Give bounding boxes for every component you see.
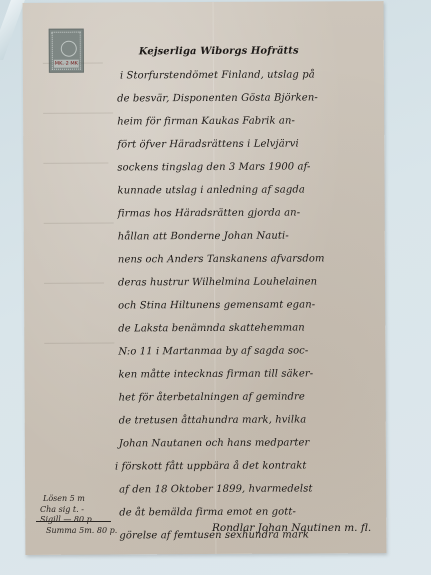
- body-line: de besvär, Disponenten Gösta Björken-: [117, 92, 318, 104]
- margin-note-fee: Lösen 5 m: [43, 494, 85, 503]
- body-line: ken måtte intecknas firman till säker-: [118, 368, 313, 380]
- body-line: och Stina Hiltunens gemensamt egan-: [118, 299, 315, 311]
- body-line: hållan att Bonderne Johan Nauti-: [118, 231, 289, 243]
- document-title: Kejserliga Wiborgs Hofrätts: [139, 46, 299, 58]
- body-line: af den 18 Oktober 1899, hvarmedelst: [119, 483, 313, 495]
- signature: Rondlar Johan Nautinen m. fl.: [212, 522, 371, 534]
- body-line: de tretusen åttahundra mark, hvilka: [119, 414, 307, 426]
- body-line: heim för firman Kaukas Fabrik an-: [117, 116, 295, 128]
- body-line: i Storfurstendömet Finland, utslag på: [120, 69, 315, 81]
- body-line: Johan Nautanen och hans medparter: [119, 437, 310, 449]
- body-line: de Laksta benämnda skattehemman: [118, 322, 305, 334]
- body-line: N:o 11 i Martanmaa by af sagda soc-: [118, 345, 308, 357]
- body-line: de åt bemälda firma emot en gott-: [119, 507, 296, 519]
- margin-note-total: Summa 5m. 80 p.: [46, 526, 117, 535]
- body-line: sockens tingslag den 3 Mars 1900 af-: [117, 161, 310, 173]
- body-line: fört öfver Häradsrättens i Lelvjärvi: [117, 139, 298, 151]
- margin-note-stamp: Cha sig t. -: [40, 505, 84, 514]
- body-line: firmas hos Häradsrätten gjorda an-: [118, 207, 301, 219]
- margin-note-seal: Sigill — 80 p.: [40, 515, 94, 524]
- body-line: nens och Anders Tanskanens afvarsdom: [118, 253, 325, 265]
- margin-sum-rule: [36, 521, 111, 522]
- body-line: deras hustrur Wilhelmina Louhelainen: [118, 276, 317, 288]
- body-line: kunnade utslag i anledning af sagda: [118, 184, 305, 196]
- revenue-stamp: MK. 2 MK: [49, 29, 84, 73]
- document-page: MK. 2 MK Kejserliga Wiborgs Hofrätts i S…: [23, 1, 387, 555]
- background-glare: [0, 0, 25, 60]
- stamp-emblem-icon: [61, 41, 77, 57]
- body-line: het för återbetalningen af gemindre: [119, 391, 305, 403]
- body-line: i förskott fått uppbära å det kontrakt: [115, 460, 307, 472]
